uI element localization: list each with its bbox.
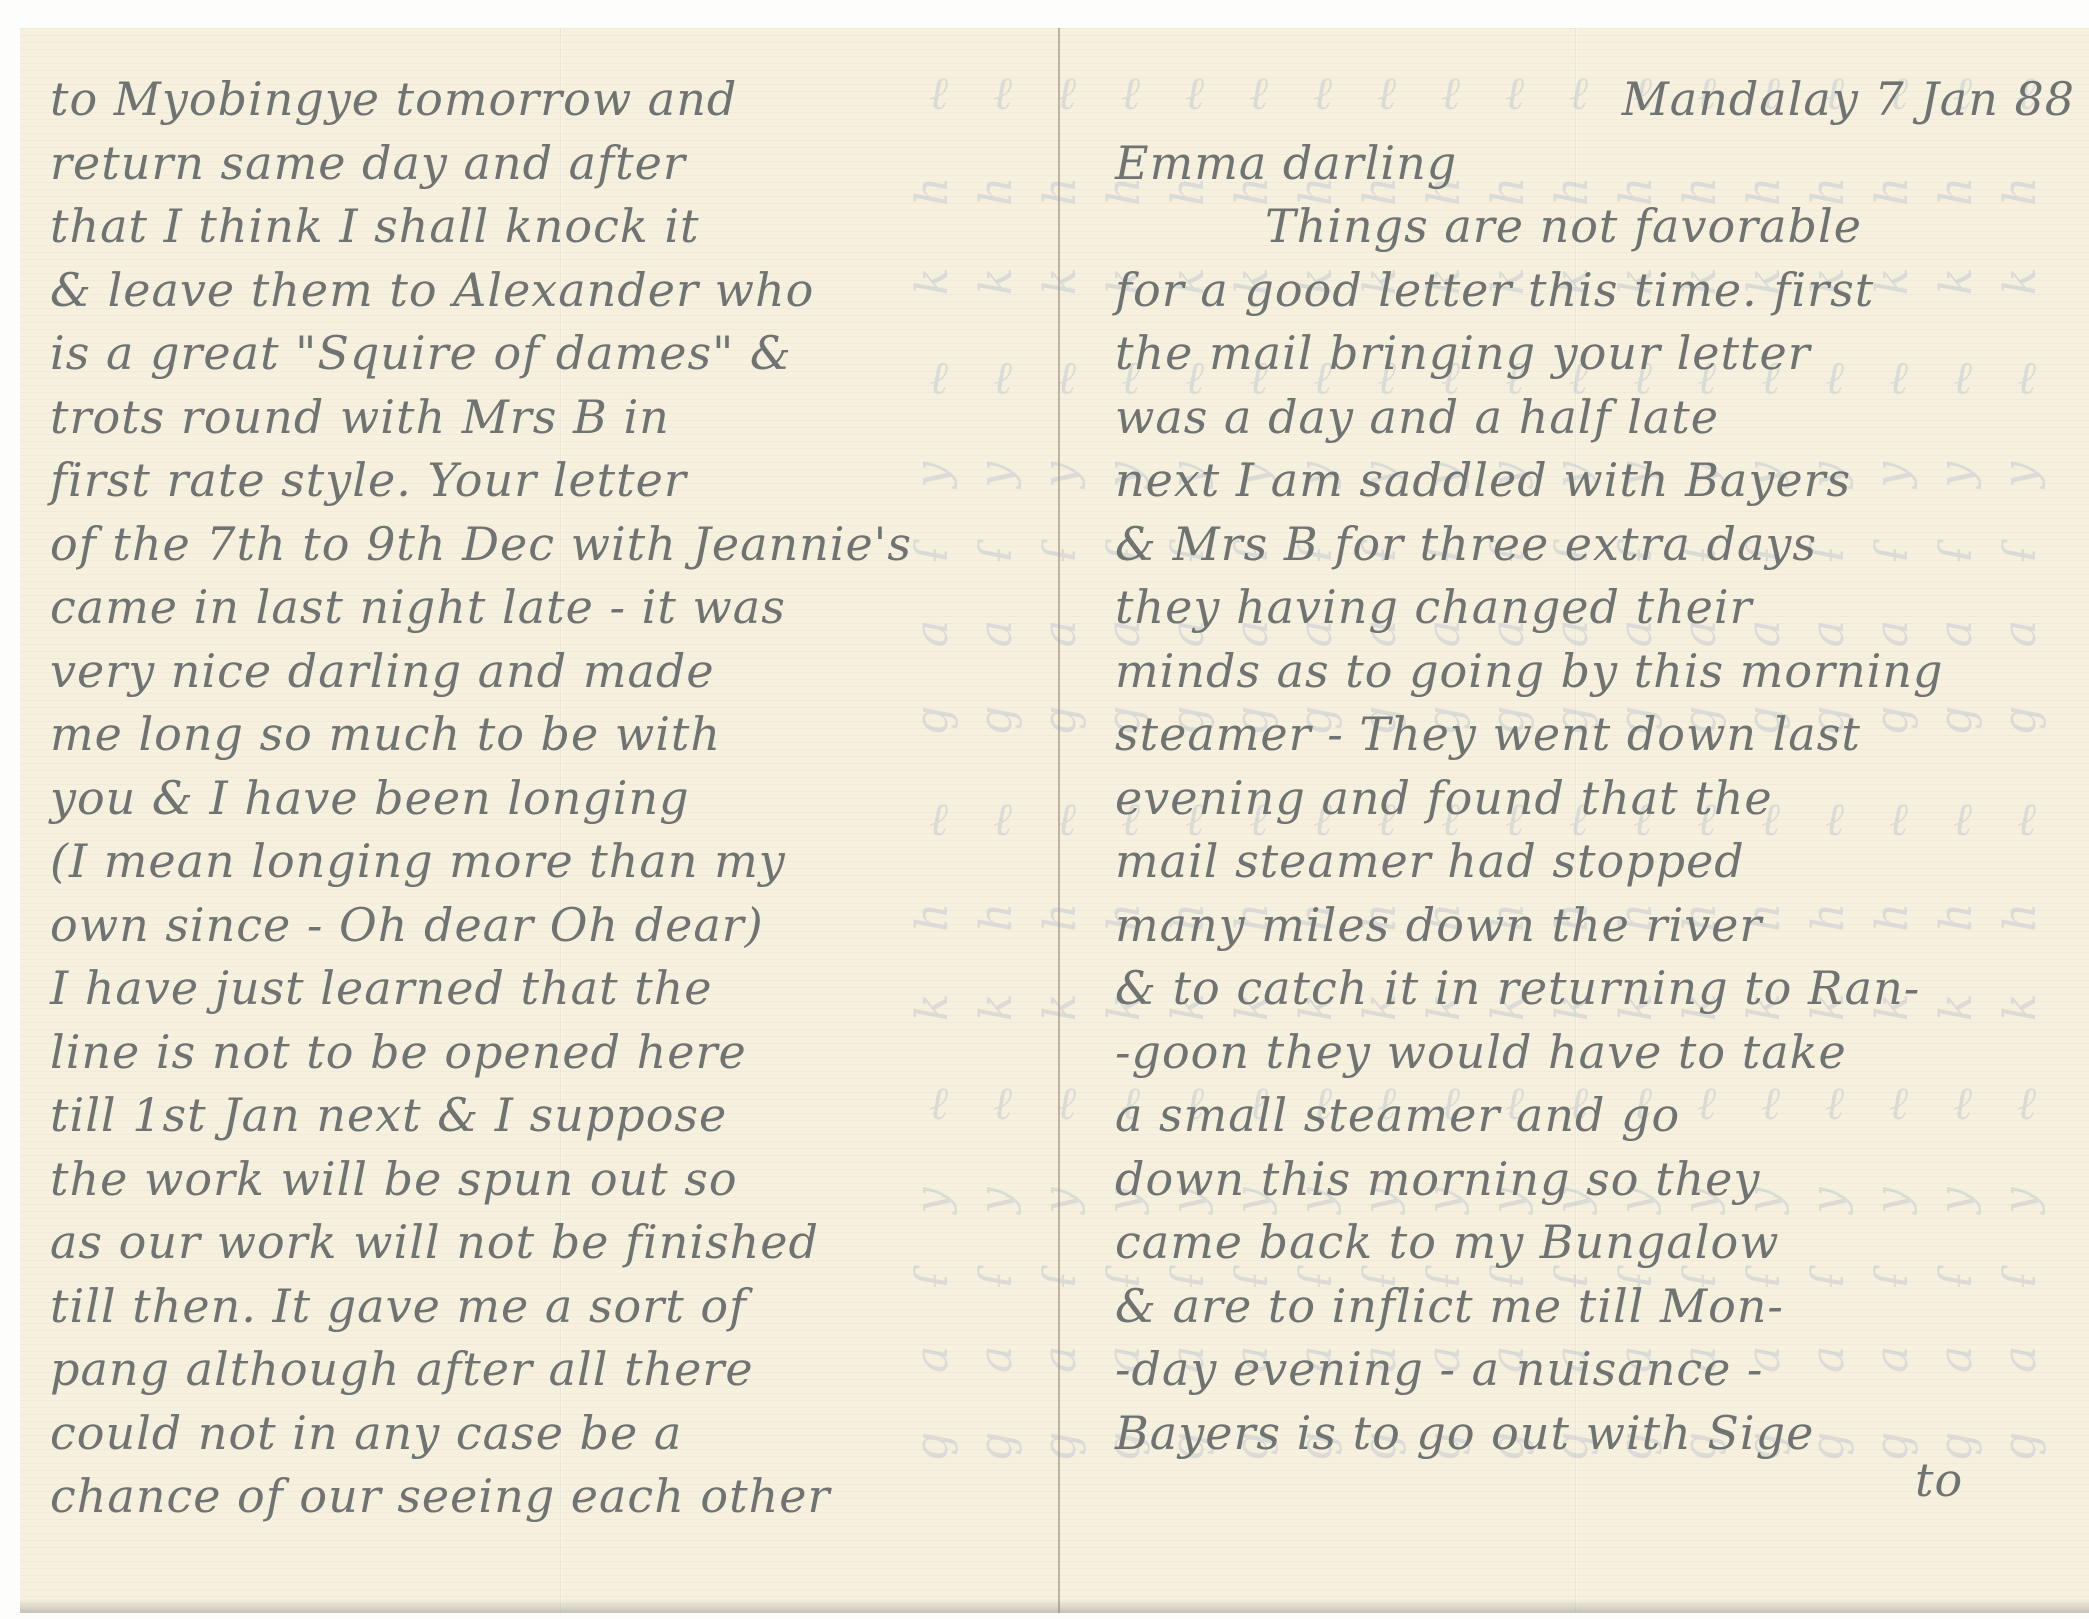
left-line-16: line is not to be opened here — [50, 1021, 1070, 1085]
left-line-8: of the 7th to 9th Dec with Jeannie's — [50, 513, 1070, 577]
right-line-4: was a day and a half late — [1115, 386, 2085, 450]
left-line-15: I have just learned that the — [50, 957, 1070, 1021]
right-line-1: Things are not favorable — [1115, 195, 2085, 259]
right-line-6: & Mrs B for three extra days — [1115, 513, 2085, 577]
letter-dateline: Mandalay 7 Jan 88 — [1115, 68, 2085, 132]
left-line-22: could not in any case be a — [50, 1402, 1070, 1466]
right-line-13: & to catch it in returning to Ran- — [1115, 957, 2085, 1021]
right-line-3: the mail bringing your letter — [1115, 322, 2085, 386]
right-line-11: mail steamer had stopped — [1115, 830, 2085, 894]
left-line-1: to Myobingye tomorrow and — [50, 68, 1070, 132]
left-line-17: till 1st Jan next & I suppose — [50, 1084, 1070, 1148]
left-line-23: chance of our seeing each other — [50, 1465, 1070, 1529]
left-line-19: as our work will not be finished — [50, 1211, 1070, 1275]
left-line-12: you & I have been longing — [50, 767, 1070, 831]
right-line-16: down this morning so they — [1115, 1148, 2085, 1212]
left-line-5: is a great "Squire of dames" & — [50, 322, 1070, 386]
right-line-8: minds as to going by this morning — [1115, 640, 2085, 704]
left-line-6: trots round with Mrs B in — [50, 386, 1070, 450]
right-line-12: many miles down the river — [1115, 894, 2085, 958]
right-line-7: they having changed their — [1115, 576, 2085, 640]
left-line-18: the work will be spun out so — [50, 1148, 1070, 1212]
right-line-19: -day evening - a nuisance - — [1115, 1338, 2085, 1402]
right-line-2: for a good letter this time. first — [1115, 259, 2085, 323]
left-line-20: till then. It gave me a sort of — [50, 1275, 1070, 1339]
right-line-9: steamer - They went down last — [1115, 703, 2085, 767]
letter-paper: ℓ ɥ ʞ ℓ ʎ ɟ ɐ ɓ ℓ ɥ ʞ ℓ ʎ ɟ ɐ ɓ ℓ ɥ ʞ ℓ … — [20, 28, 2089, 1613]
left-line-2: return same day and after — [50, 132, 1070, 196]
right-line-17: came back to my Bungalow — [1115, 1211, 2085, 1275]
left-line-10: very nice darling and made — [50, 640, 1070, 704]
left-line-13: (I mean longing more than my — [50, 830, 1070, 894]
left-line-7: first rate style. Your letter — [50, 449, 1070, 513]
left-line-11: me long so much to be with — [50, 703, 1070, 767]
right-line-14: -goon they would have to take — [1115, 1021, 2085, 1085]
letter-salutation: Emma darling — [1115, 132, 2085, 196]
right-line-21: to — [1115, 1465, 2085, 1495]
right-line-15: a small steamer and go — [1115, 1084, 2085, 1148]
right-line-18: & are to inflict me till Mon- — [1115, 1275, 2085, 1339]
right-line-10: evening and found that the — [1115, 767, 2085, 831]
left-line-21: pang although after all there — [50, 1338, 1070, 1402]
left-line-4: & leave them to Alexander who — [50, 259, 1070, 323]
left-line-9: came in last night late - it was — [50, 576, 1070, 640]
right-page: Mandalay 7 Jan 88 Emma darling Things ar… — [1115, 28, 2085, 1495]
left-line-14: own since - Oh dear Oh dear) — [50, 894, 1070, 958]
right-line-5: next I am saddled with Bayers — [1115, 449, 2085, 513]
left-line-3: that I think I shall knock it — [50, 195, 1070, 259]
left-page: to Myobingye tomorrow and return same da… — [50, 28, 1070, 1529]
